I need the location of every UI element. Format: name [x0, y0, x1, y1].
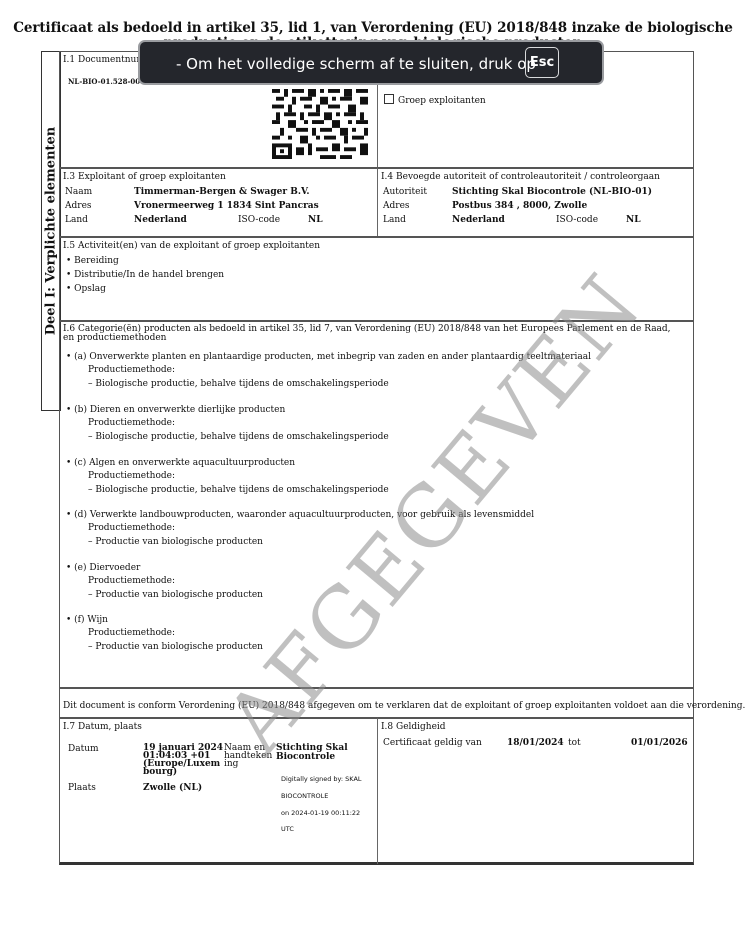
- checkbox-unchecked-icon[interactable]: [384, 94, 394, 104]
- i8-valid-label: Certificaat geldig van: [383, 738, 482, 748]
- i4-land-value: Nederland: [452, 215, 505, 225]
- i3-iso-label: ISO-code: [238, 215, 280, 225]
- i4-autoriteit-label: Autoriteit: [383, 187, 427, 197]
- certificate-form: I.1 Documentnummer NL-BIO-01.528-0000000…: [59, 51, 694, 865]
- group-operators-label: Groep exploitanten: [398, 96, 486, 106]
- activity-item: • Distributie/In de handel brengen: [66, 270, 224, 280]
- section-i4: I.4 Bevoegde autoriteit of controleautor…: [377, 167, 693, 236]
- i7-plaats-label: Plaats: [68, 783, 96, 793]
- i3-naam-value: Timmerman-Bergen & Swager B.V.: [134, 187, 310, 197]
- i4-label: I.4 Bevoegde autoriteit of controleautor…: [381, 172, 660, 182]
- category-item: • (c) Algen en onverwerkte aquacultuurpr…: [66, 458, 295, 468]
- production-method-label: Productiemethode:: [88, 471, 175, 481]
- i4-adres-value: Postbus 384 , 8000, Zwolle: [452, 201, 587, 211]
- i8-label: I.8 Geldigheid: [381, 722, 446, 732]
- i3-naam-label: Naam: [65, 187, 92, 197]
- i7-label: I.7 Datum, plaats: [63, 722, 142, 732]
- section-i8: I.8 Geldigheid Certificaat geldig van 18…: [377, 717, 693, 864]
- i3-land-label: Land: [65, 215, 88, 225]
- group-operators-checkbox[interactable]: Groep exploitanten: [384, 94, 486, 106]
- fullscreen-exit-message: - Om het volledige scherm af te sluiten,…: [176, 55, 536, 73]
- qr-code-icon: [272, 89, 368, 159]
- section-i5: I.5 Activiteit(en) van de exploitant of …: [60, 236, 693, 320]
- i4-iso-label: ISO-code: [556, 215, 598, 225]
- production-method-value: – Biologische productie, behalve tijdens…: [88, 432, 389, 442]
- i3-iso-value: NL: [308, 215, 323, 225]
- section-i3: I.3 Exploitant of groep exploitanten Naa…: [60, 167, 377, 236]
- production-method-value: – Biologische productie, behalve tijdens…: [88, 485, 389, 495]
- i8-valid-from: 18/01/2024: [507, 738, 564, 748]
- section-i7: I.7 Datum, plaats Datum 19 januari 20240…: [60, 717, 377, 864]
- digital-signature-line: Digitally signed by: SKAL: [281, 775, 362, 783]
- production-method-value: – Productie van biologische producten: [88, 590, 263, 600]
- i3-adres-value: Vronermeerweg 1 1834 Sint Pancras: [134, 201, 319, 211]
- i6-label: I.6 Categorie(ën) producten als bedoeld …: [63, 325, 683, 343]
- section-i6: I.6 Categorie(ën) producten als bedoeld …: [60, 320, 693, 687]
- side-label-text: Deel I: Verplichte elementen: [44, 127, 59, 336]
- production-method-value: – Productie van biologische producten: [88, 537, 263, 547]
- digital-signature-line: on 2024-01-19 00:11:22: [281, 809, 360, 817]
- production-method-label: Productiemethode:: [88, 576, 175, 586]
- i4-iso-value: NL: [626, 215, 641, 225]
- i7-naam-label: Naam enhandtekening: [224, 744, 272, 768]
- activity-item: • Bereiding: [66, 256, 119, 266]
- i8-valid-to: 01/01/2026: [631, 738, 688, 748]
- i4-autoriteit-value: Stichting Skal Biocontrole (NL-BIO-01): [452, 187, 652, 197]
- production-method-value: – Biologische productie, behalve tijdens…: [88, 379, 389, 389]
- i4-land-label: Land: [383, 215, 406, 225]
- i5-label: I.5 Activiteit(en) van de exploitant of …: [63, 241, 320, 251]
- fullscreen-exit-toast: - Om het volledige scherm af te sluiten,…: [138, 40, 604, 85]
- i7-datum-label: Datum: [68, 744, 99, 754]
- production-method-label: Productiemethode:: [88, 365, 175, 375]
- production-method-value: – Productie van biologische producten: [88, 642, 263, 652]
- category-item: • (b) Dieren en onverwerkte dierlijke pr…: [66, 405, 285, 415]
- i3-land-value: Nederland: [134, 215, 187, 225]
- i3-adres-label: Adres: [65, 201, 92, 211]
- digital-signature-line: UTC: [281, 825, 294, 833]
- i3-label: I.3 Exploitant of groep exploitanten: [63, 172, 226, 182]
- esc-key-button[interactable]: Esc: [525, 47, 559, 78]
- i7-plaats-value: Zwolle (NL): [143, 783, 202, 793]
- i8-to-label: tot: [568, 738, 581, 748]
- category-item: • (a) Onverwerkte planten en plantaardig…: [66, 352, 591, 362]
- section-side-label: Deel I: Verplichte elementen: [41, 51, 61, 411]
- production-method-label: Productiemethode:: [88, 523, 175, 533]
- conformity-statement: Dit document is conform Verordening (EU)…: [63, 701, 745, 711]
- i7-naam-value: Stichting SkalBiocontrole: [276, 744, 348, 762]
- activity-item: • Opslag: [66, 284, 106, 294]
- i7-datum-value: 19 januari 202401:04:03 +01(Europe/Luxem…: [143, 744, 223, 776]
- category-item: • (d) Verwerkte landbouwproducten, waaro…: [66, 510, 534, 520]
- document-title: Certificaat als bedoeld in artikel 35, l…: [0, 20, 746, 36]
- production-method-label: Productiemethode:: [88, 418, 175, 428]
- category-item: • (e) Diervoeder: [66, 563, 140, 573]
- production-method-label: Productiemethode:: [88, 628, 175, 638]
- category-item: • (f) Wijn: [66, 615, 108, 625]
- digital-signature-line: BIOCONTROLE: [281, 792, 328, 800]
- i4-adres-label: Adres: [383, 201, 410, 211]
- conformity-statement-section: Dit document is conform Verordening (EU)…: [60, 687, 693, 717]
